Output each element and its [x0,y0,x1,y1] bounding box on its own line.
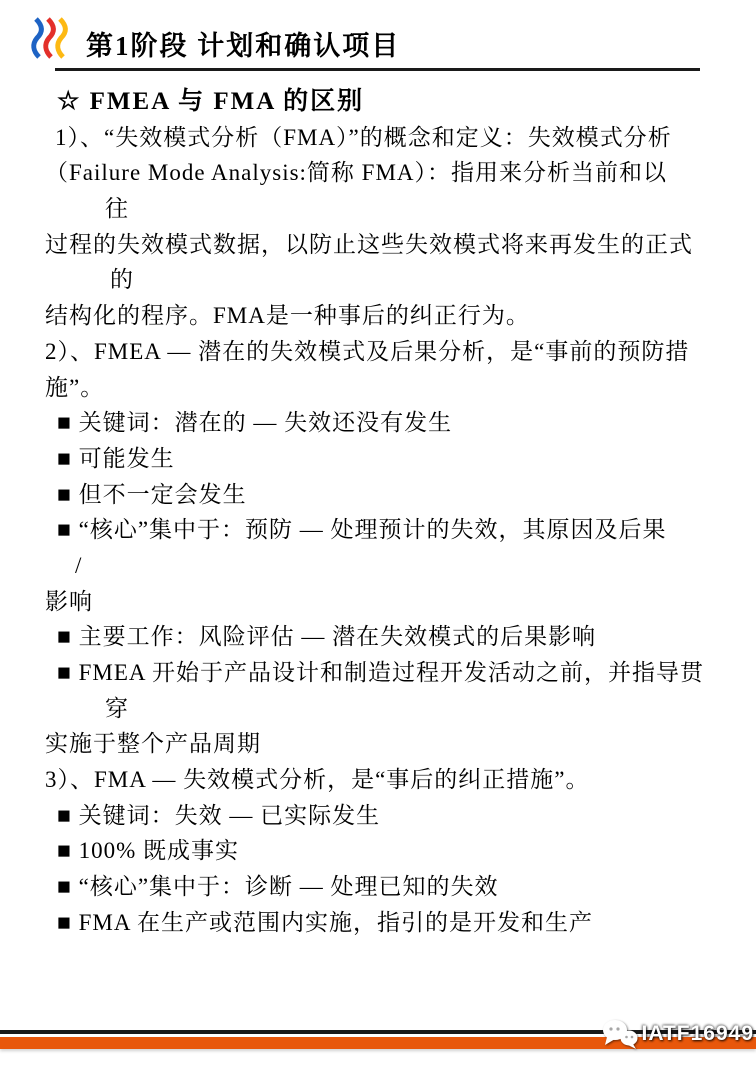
page-title: 第1阶段 计划和确认项目 [86,24,400,63]
body-line-22: ■ “核心”集中于：诊断 — 处理已知的失效 [45,869,725,905]
body-line-8: 施”。 [45,370,725,406]
body-line-4: 过程的失效模式数据，以防止这些失效模式将来再发生的正式 [45,227,725,263]
body-line-21: ■ 100% 既成事实 [45,833,725,869]
watermark-text: IATF16949 [642,1022,755,1046]
body-line-13: / [45,548,725,584]
body-line-23: ■ FMA 在生产或范围内实施，指引的是开发和生产 [45,905,725,941]
slide: 第1阶段 计划和确认项目 ☆ FMEA 与 FMA 的区别1）、“失效模式分析（… [0,0,756,1070]
chat-bubbles-icon [602,1019,638,1049]
body-line-5: 的 [45,262,725,298]
header-divider [55,68,700,71]
body-line-20: ■ 关键词：失效 — 已实际发生 [45,798,725,834]
body-line-7: 2）、FMEA — 潜在的失效模式及后果分析，是“事前的预防措 [45,334,725,370]
body-line-19: 3）、FMA — 失效模式分析，是“事后的纠正措施”。 [45,762,725,798]
body-line-15: ■ 主要工作：风险评估 — 潜在失效模式的后果影响 [45,619,725,655]
brand-logo-icon [28,14,76,62]
body-line-0: ☆ FMEA 与 FMA 的区别 [45,84,725,120]
body-line-3: 往 [45,191,725,227]
body-line-17: 穿 [45,691,725,727]
body-line-9: ■ 关键词：潜在的 — 失效还没有发生 [45,405,725,441]
body-line-12: ■ “核心”集中于：预防 — 处理预计的失效，其原因及后果 [45,512,725,548]
body-line-1: 1）、“失效模式分析（FMA）”的概念和定义：失效模式分析 [45,120,725,156]
body-line-10: ■ 可能发生 [45,441,725,477]
body-line-6: 结构化的程序。FMA是一种事后的纠正行为。 [45,298,725,334]
body-line-14: 影响 [45,584,725,620]
body-line-18: 实施于整个产品周期 [45,726,725,762]
body-line-16: ■ FMEA 开始于产品设计和制造过程开发活动之前，并指导贯 [45,655,725,691]
watermark: IATF16949 [602,1019,755,1049]
body-line-11: ■ 但不一定会发生 [45,477,725,513]
slide-body: ☆ FMEA 与 FMA 的区别1）、“失效模式分析（FMA）”的概念和定义：失… [45,84,725,941]
body-line-2: （Failure Mode Analysis:简称 FMA）：指用来分析当前和以 [45,155,725,191]
